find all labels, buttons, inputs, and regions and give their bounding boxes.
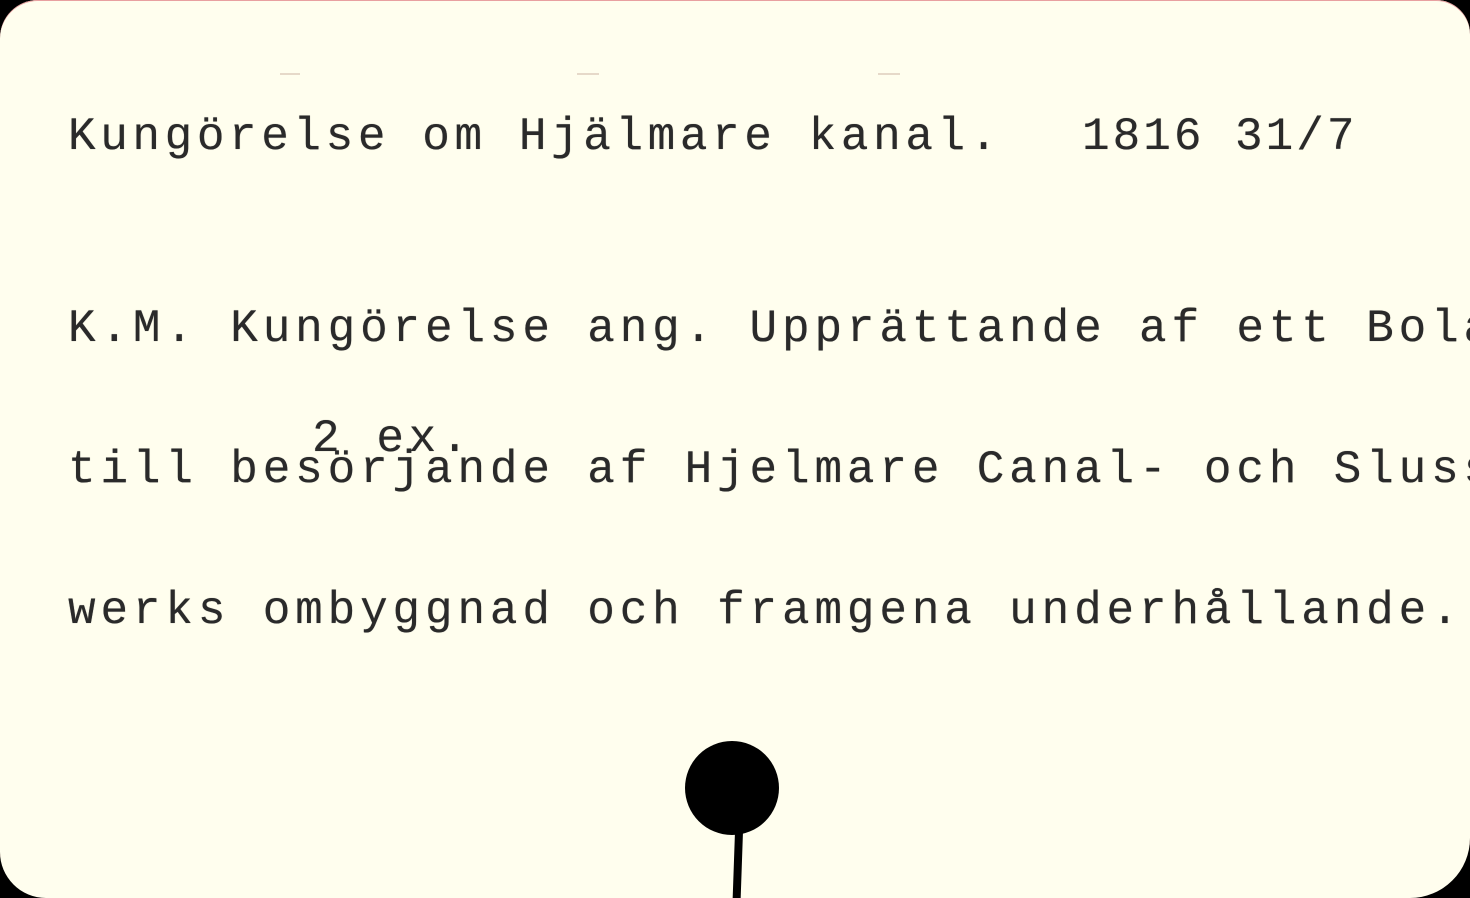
description-line: werks ombyggnad och framgena underhållan… — [68, 588, 1470, 635]
card-description: K.M. Kungörelse ang. Upprättande af ett … — [68, 212, 1470, 729]
catalog-card: Kungörelse om Hjälmare kanal. 1816 31/7 … — [0, 0, 1470, 898]
punch-hole — [685, 741, 779, 835]
copies-count: 2 ex. — [312, 410, 473, 468]
faint-mark — [577, 73, 599, 75]
description-line: K.M. Kungörelse ang. Upprättande af ett … — [68, 306, 1470, 353]
card-rod — [733, 820, 744, 898]
faint-mark — [280, 73, 300, 75]
card-title: Kungörelse om Hjälmare kanal. — [68, 108, 1002, 166]
faint-mark — [878, 73, 900, 75]
description-line: till besörjande af Hjelmare Canal- och S… — [68, 447, 1470, 494]
card-date: 1816 31/7 — [1082, 108, 1357, 166]
